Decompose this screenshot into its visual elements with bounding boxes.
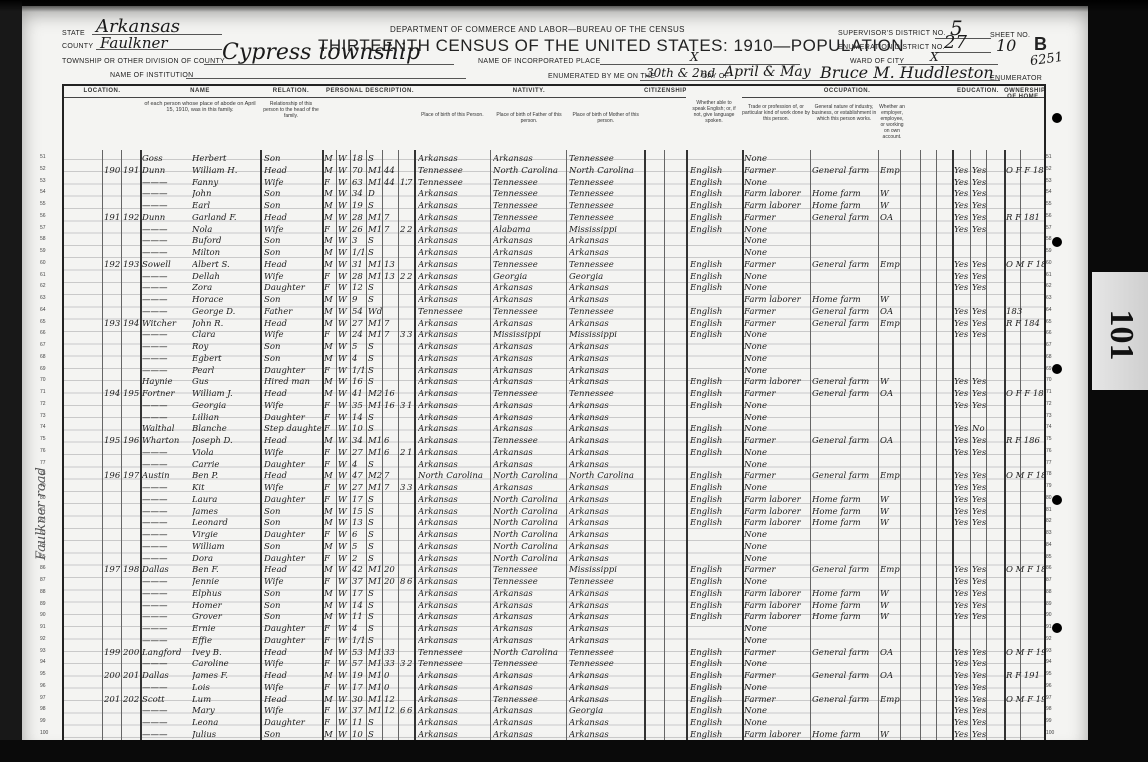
language: English [690,495,742,507]
given-name: Earl [192,201,260,213]
given-name: Laura [192,495,260,507]
line-number: 54 [1046,187,1064,199]
header-location: Location. [64,86,141,150]
marital-status: S [368,718,382,730]
mother-birthplace: Arkansas [569,448,644,460]
line-number: 94 [40,657,58,669]
mother-birthplace: Tennessee [569,659,644,671]
birthplace: Arkansas [418,483,490,495]
surname: ——— [142,366,190,378]
children-living: 2 [407,659,414,671]
years-married: 7 [384,330,398,342]
marital-status: S [368,495,382,507]
mother-birthplace: Arkansas [569,671,644,683]
father-birthplace: Arkansas [493,236,566,248]
birthplace: Arkansas [418,718,490,730]
birthplace: Arkansas [418,636,490,648]
table-row: ——— James Son M W 15 S Arkansas North Ca… [64,507,1044,519]
given-name: Viola [192,448,260,460]
line-numbers-left: 5152535455565758596061626364656667686970… [40,152,58,740]
language: English [690,483,742,495]
sex: F [324,366,336,378]
surname: ——— [142,601,190,613]
language: English [690,201,742,213]
trade: None [744,342,810,354]
sex: M [324,389,336,401]
marital-status: S [368,518,382,530]
surname: ——— [142,683,190,695]
father-birthplace: North Carolina [493,495,566,507]
given-name: Herbert [192,154,260,166]
relation: Head [264,471,322,483]
surname: Austin [142,471,190,483]
relation: Son [264,248,322,260]
trade: None [744,706,810,718]
can-write: Yes [972,225,986,237]
line-number: 59 [1046,246,1064,258]
birthplace: Arkansas [418,448,490,460]
table-row: 195 196 Wharton Joseph D. Head M W 34 M1… [64,436,1044,448]
birthplace: Arkansas [418,248,490,260]
father-birthplace: North Carolina [493,166,566,178]
given-name: Lois [192,683,260,695]
line-number: 68 [40,352,58,364]
surname: ——— [142,624,190,636]
birthplace: Arkansas [418,366,490,378]
sex: M [324,166,336,178]
given-name: Lillian [192,413,260,425]
industry: General farm [812,260,878,272]
mother-birthplace: Mississippi [569,225,644,237]
trade: Farm laborer [744,495,810,507]
race: W [338,342,350,354]
surname: ——— [142,542,190,554]
class-of-worker: OA [880,671,900,683]
can-write: Yes [972,166,986,178]
relation: Son [264,342,322,354]
can-write: Yes [972,448,986,460]
language: English [690,260,742,272]
sex: F [324,683,336,695]
trade: Farmer [744,260,810,272]
sex: M [324,377,336,389]
relation: Wife [264,483,322,495]
marital-status: S [368,424,382,436]
relation: Daughter [264,530,322,542]
marital-status: S [368,542,382,554]
can-read: Yes [954,601,970,613]
children-living: 3 [407,330,414,342]
state-label: State [62,30,85,37]
census-table: Location. Name of each person whose plac… [62,84,1046,746]
film-frame-stamp: 101 [1092,272,1148,390]
birthplace: Arkansas [418,260,490,272]
marital-status: S [368,636,382,648]
given-name: James F. [192,671,260,683]
race: W [338,577,350,589]
language: English [690,401,742,413]
trade: Farm laborer [744,601,810,613]
father-birthplace: Tennessee [493,565,566,577]
children-born: 2 [400,225,407,237]
header-nativity: Nativity. Place of birth of this Person.… [414,86,645,150]
marital-status: S [368,377,382,389]
trade: None [744,554,810,566]
enumerator-line [640,80,1000,81]
line-number: 69 [40,364,58,376]
table-row: ——— Kit Wife F W 27 M1 7 3 3 Arkansas Ar… [64,483,1044,495]
years-married: 7 [384,225,398,237]
can-read: Yes [954,507,970,519]
mother-birthplace: Arkansas [569,507,644,519]
race: W [338,718,350,730]
birthplace: Arkansas [418,530,490,542]
line-number: 59 [40,246,58,258]
age: 1/12 [352,248,366,260]
line-number: 98 [1046,704,1064,716]
age: 34 [352,436,366,448]
race: W [338,260,350,272]
can-read: Yes [954,260,970,272]
language: English [690,448,742,460]
relation: Head [264,436,322,448]
birthplace: Tennessee [418,659,490,671]
surname: ——— [142,272,190,284]
age: 2 [352,554,366,566]
surname: ——— [142,236,190,248]
table-row: 192 193 Sowell Albert S. Head M W 31 M1 … [64,260,1044,272]
marital-status: M1 [368,577,382,589]
can-write: Yes [972,495,986,507]
line-number: 93 [40,646,58,658]
children-born: 2 [400,448,407,460]
trade: None [744,530,810,542]
years-married: 44 [384,178,398,190]
table-row: Haynie Gus Hired man M W 16 S Arkansas A… [64,377,1044,389]
years-married: 12 [384,706,398,718]
mother-birthplace: Mississippi [569,330,644,342]
age: 34 [352,189,366,201]
trade: None [744,225,810,237]
line-number: 71 [40,387,58,399]
can-read: Yes [954,577,970,589]
family-number: 192 [123,213,141,225]
years-married: 20 [384,577,398,589]
mother-birthplace: Arkansas [569,342,644,354]
enumeration-district-value: 27 [944,32,967,53]
table-row: 201 202 Scott Lum Head M W 30 M1 12 Arka… [64,695,1044,707]
line-number: 62 [1046,281,1064,293]
trade: Farm laborer [744,201,810,213]
sex: M [324,471,336,483]
margin-note: Faulkner road [34,467,49,560]
family-number: 193 [123,260,141,272]
sex: F [324,225,336,237]
marital-status: M1 [368,319,382,331]
table-row: ——— Jennie Wife F W 37 M1 20 8 6 Arkansa… [64,577,1044,589]
sex: F [324,659,336,671]
birthplace: Arkansas [418,436,490,448]
line-number: 61 [40,270,58,282]
years-married: 13 [384,272,398,284]
sex: F [324,283,336,295]
trade: None [744,577,810,589]
line-number: 99 [40,716,58,728]
table-row: ——— Buford Son M W 3 S Arkansas Arkansas… [64,236,1044,248]
mother-birthplace: Arkansas [569,283,644,295]
surname: Sowell [142,260,190,272]
trade: None [744,424,810,436]
industry: Home farm [812,518,878,530]
punch-hole [1052,623,1062,633]
line-number: 72 [1046,399,1064,411]
can-read: Yes [954,612,970,624]
table-row: ——— William Son M W 5 S Arkansas North C… [64,542,1044,554]
home-ownership: O F F 180 [1006,166,1044,178]
years-married: 33 [384,648,398,660]
relation: Son [264,589,322,601]
trade: None [744,366,810,378]
sex: M [324,648,336,660]
language: English [690,283,742,295]
marital-status: M1 [368,260,382,272]
relation: Daughter [264,554,322,566]
birthplace: Arkansas [418,201,490,213]
class-of-worker: W [880,612,900,624]
marital-status: S [368,601,382,613]
trade: None [744,718,810,730]
can-read: Yes [954,495,970,507]
trade: Farmer [744,166,810,178]
years-married: 16 [384,389,398,401]
race: W [338,377,350,389]
birthplace: Arkansas [418,295,490,307]
can-read: Yes [954,166,970,178]
can-read: Yes [954,225,970,237]
line-number: 71 [1046,387,1064,399]
sex: M [324,601,336,613]
given-name: Buford [192,236,260,248]
sex: M [324,201,336,213]
mother-birthplace: Arkansas [569,542,644,554]
father-birthplace: Arkansas [493,706,566,718]
line-number: 90 [1046,610,1064,622]
can-read: Yes [954,471,970,483]
table-row: Walthal Blanche Step daughter F W 10 S A… [64,424,1044,436]
birthplace: Arkansas [418,424,490,436]
relation: Wife [264,577,322,589]
surname: ——— [142,483,190,495]
county-line [96,49,222,50]
line-number: 93 [1046,646,1064,658]
birthplace: Tennessee [418,307,490,319]
line-number: 67 [40,340,58,352]
line-number: 82 [1046,516,1064,528]
relation: Wife [264,330,322,342]
given-name: Lum [192,695,260,707]
birthplace: Arkansas [418,554,490,566]
class-of-worker: W [880,295,900,307]
family-number: 191 [123,166,141,178]
scan-border-bottom [0,740,1148,762]
relation: Son [264,154,322,166]
age: 31 [352,260,366,272]
birthplace: Arkansas [418,624,490,636]
can-write: Yes [972,706,986,718]
can-read: Yes [954,272,970,284]
surname: Dallas [142,565,190,577]
given-name: James [192,507,260,519]
trade: Farmer [744,307,810,319]
marital-status: S [368,624,382,636]
relation: Son [264,518,322,530]
line-number: 70 [40,375,58,387]
mother-birthplace: Arkansas [569,624,644,636]
table-row: ——— Dora Daughter F W 2 S Arkansas North… [64,554,1044,566]
race: W [338,166,350,178]
father-birthplace: North Carolina [493,507,566,519]
language: English [690,330,742,342]
mother-birthplace: Arkansas [569,460,644,472]
line-number: 57 [1046,223,1064,235]
children-born: 3 [400,659,407,671]
line-number: 74 [40,422,58,434]
surname: ——— [142,448,190,460]
family-number: 200 [123,648,141,660]
surname: ——— [142,307,190,319]
surname: ——— [142,342,190,354]
trade: Farm laborer [744,377,810,389]
class-of-worker: W [880,589,900,601]
line-number: 57 [40,223,58,235]
line-number: 79 [1046,481,1064,493]
sex: F [324,530,336,542]
class-of-worker: OA [880,389,900,401]
race: W [338,225,350,237]
class-of-worker: OA [880,648,900,660]
birthplace: Arkansas [418,189,490,201]
table-row: ——— Grover Son M W 11 S Arkansas Arkansa… [64,612,1044,624]
can-read: Yes [954,319,970,331]
relation: Head [264,166,322,178]
race: W [338,189,350,201]
table-row: ——— Clara Wife F W 24 M1 7 3 3 Arkansas … [64,330,1044,342]
trade: None [744,154,810,166]
trade: Farmer [744,389,810,401]
class-of-worker: Emp [880,565,900,577]
father-birthplace: Tennessee [493,260,566,272]
marital-status: S [368,201,382,213]
relation: Daughter [264,624,322,636]
race: W [338,354,350,366]
mother-birthplace: Arkansas [569,589,644,601]
given-name: Dora [192,554,260,566]
father-birthplace: Arkansas [493,589,566,601]
race: W [338,554,350,566]
header-citizenship: Citizenship. [644,86,687,150]
race: W [338,319,350,331]
trade: None [744,542,810,554]
can-write: Yes [972,565,986,577]
trade: Farmer [744,648,810,660]
line-number: 77 [1046,458,1064,470]
line-number: 68 [1046,352,1064,364]
class-of-worker: Emp [880,695,900,707]
line-number: 67 [1046,340,1064,352]
age: 14 [352,413,366,425]
trade: None [744,483,810,495]
sex: M [324,236,336,248]
birthplace: Arkansas [418,518,490,530]
surname: Dunn [142,213,190,225]
class-of-worker: Emp [880,166,900,178]
relation: Wife [264,448,322,460]
table-row: ——— Milton Son M W 1/12 S Arkansas Arkan… [64,248,1044,260]
age: 17 [352,495,366,507]
home-ownership: 183 [1006,307,1044,319]
trade: Farmer [744,695,810,707]
mother-birthplace: Georgia [569,272,644,284]
can-read: Yes [954,424,970,436]
industry: Home farm [812,189,878,201]
line-number: 75 [40,434,58,446]
can-write: Yes [972,671,986,683]
father-birthplace: North Carolina [493,648,566,660]
children-living: 1 [407,448,414,460]
father-birthplace: Arkansas [493,483,566,495]
marital-status: M1 [368,436,382,448]
sex: F [324,624,336,636]
can-write: No [972,424,986,436]
surname: ——— [142,530,190,542]
marital-status: M1 [368,695,382,707]
form-title: THIRTEENTH CENSUS OF THE UNITED STATES: … [318,36,904,56]
line-number: 95 [1046,669,1064,681]
can-read: Yes [954,213,970,225]
line-number: 98 [40,704,58,716]
mother-birthplace: Arkansas [569,495,644,507]
marital-status: S [368,507,382,519]
line-number: 52 [40,164,58,176]
father-birthplace: Arkansas [493,283,566,295]
line-number: 96 [40,681,58,693]
mother-birthplace: Mississippi [569,565,644,577]
age: 54 [352,307,366,319]
race: W [338,213,350,225]
can-write: Yes [972,507,986,519]
race: W [338,636,350,648]
mother-birthplace: Arkansas [569,695,644,707]
years-married: 44 [384,166,398,178]
line-number: 62 [40,281,58,293]
marital-status: S [368,413,382,425]
sex: F [324,178,336,190]
sex: M [324,436,336,448]
line-number: 88 [1046,587,1064,599]
relation: Daughter [264,495,322,507]
age: 26 [352,225,366,237]
given-name: Nola [192,225,260,237]
language: English [690,683,742,695]
trade: None [744,636,810,648]
can-write: Yes [972,260,986,272]
table-row: ——— Lois Wife F W 17 M1 0 Arkansas Arkan… [64,683,1044,695]
father-birthplace: Tennessee [493,577,566,589]
birthplace: Arkansas [418,354,490,366]
mother-birthplace: Tennessee [569,648,644,660]
home-ownership: O M F 182 [1006,260,1044,272]
mother-birthplace: Arkansas [569,377,644,389]
